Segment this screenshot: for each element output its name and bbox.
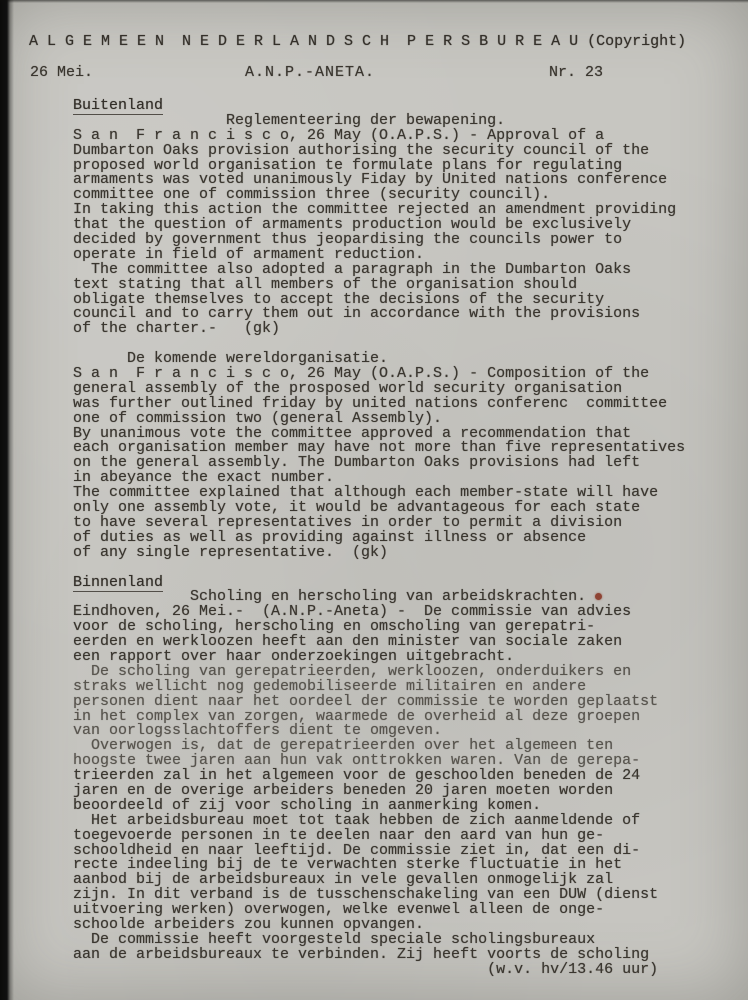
scanned-press-bulletin: A L G E M E E N N E D E R L A N D S C H … <box>0 0 748 1000</box>
document-body: Buitenland Reglementeering der bewapenin… <box>0 99 748 978</box>
scan-edge-top <box>0 0 748 3</box>
issue-number: Nr. 23 <box>549 64 603 81</box>
text-line <box>73 561 748 576</box>
text-line: of any single representative. (gk) <box>73 546 748 561</box>
bulletin-title: A L G E M E E N N E D E R L A N D S C H … <box>29 33 686 50</box>
red-ink-dot <box>595 593 602 600</box>
agency-name: A.N.P.-ANETA. <box>245 64 375 81</box>
text-line: hoogste twee jaren aan hun vak onttrokke… <box>73 754 748 769</box>
text-line: of the charter.- (gk) <box>73 322 748 337</box>
issue-date: 26 Mei. <box>30 64 93 81</box>
text-line: (w.v. hv/13.46 uur) <box>73 963 748 978</box>
